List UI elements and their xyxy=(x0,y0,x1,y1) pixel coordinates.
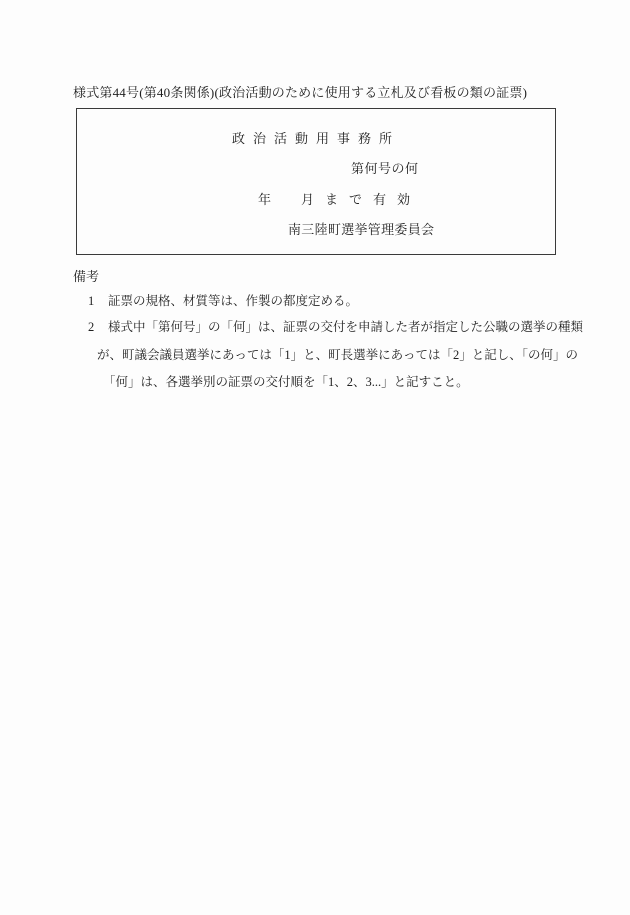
remark-item-2-text-line-1: 様式中「第何号」の「何」は、証票の交付を申請した者が指定した公職の選挙の種類 xyxy=(108,320,583,334)
validity-rest-label: 月まで有効 xyxy=(301,192,421,207)
remark-item-1-number: 1 xyxy=(88,294,108,308)
remark-item-2-number: 2 xyxy=(88,320,108,334)
remark-item-2-line-2: が、町議会議員選挙にあっては「1」と、町長選挙にあっては「2」と記し、「の何」の xyxy=(97,348,578,362)
remark-item-1-text: 証票の規格、材質等は、作製の都度定める。 xyxy=(108,294,358,308)
certificate-box: 政治活動用事務所 第何号の何 年月まで有効 南三陸町選挙管理委員会 xyxy=(76,108,556,255)
document-page: 様式第44号(第40条関係)(政治活動のために使用する立札及び看板の類の証票) … xyxy=(0,0,630,915)
form-title: 様式第44号(第40条関係)(政治活動のために使用する立札及び看板の類の証票) xyxy=(73,86,527,100)
remark-item-2-line-3: 「何」は、各選挙別の証票の交付順を「1、2、3...」と記すこと。 xyxy=(103,375,469,389)
remark-item-2-line-1: 2様式中「第何号」の「何」は、証票の交付を申請した者が指定した公職の選挙の種類 xyxy=(88,320,583,334)
issuer-label: 南三陸町選挙管理委員会 xyxy=(288,223,434,237)
certificate-number-label: 第何号の何 xyxy=(351,162,419,176)
remark-item-1: 1証票の規格、材質等は、作製の都度定める。 xyxy=(88,294,358,308)
validity-year-label: 年 xyxy=(258,192,271,207)
office-label: 政治活動用事務所 xyxy=(77,132,555,146)
remarks-heading: 備考 xyxy=(73,270,99,284)
validity-line: 年月まで有効 xyxy=(258,193,421,207)
